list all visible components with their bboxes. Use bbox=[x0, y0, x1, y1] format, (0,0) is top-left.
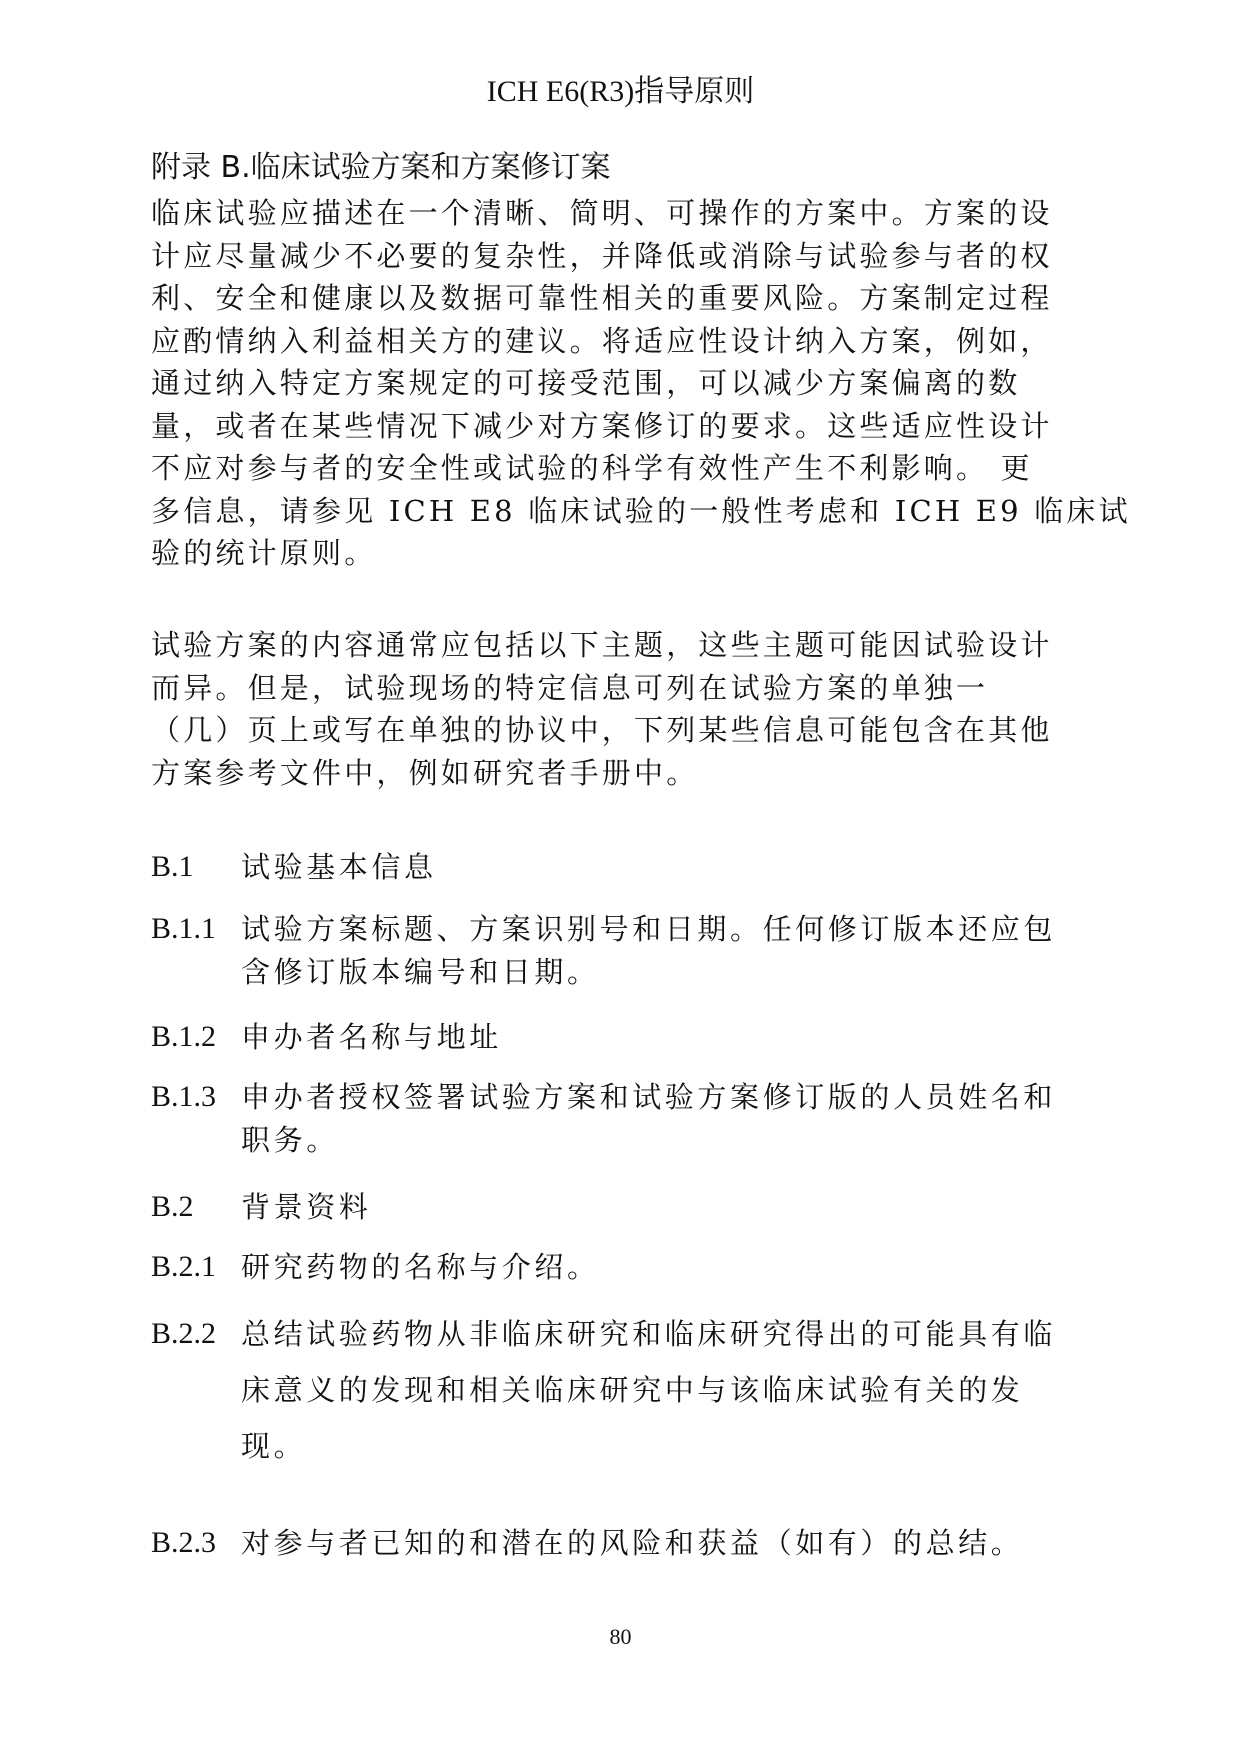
section-number: B.2.1 bbox=[151, 1246, 216, 1289]
section-number: B.1.3 bbox=[151, 1076, 216, 1119]
section-number: B.2.2 bbox=[151, 1306, 216, 1362]
text-line: 应酌情纳入利益相关方的建议。将适应性设计纳入方案，例如， bbox=[151, 320, 1091, 363]
section-number: B.2.3 bbox=[151, 1522, 216, 1565]
text-line: 对参与者已知的和潜在的风险和获益（如有）的总结。 bbox=[241, 1522, 1023, 1565]
section-number: B.1.1 bbox=[151, 908, 216, 951]
page-number: 80 bbox=[0, 1622, 1241, 1652]
text-line: 研究药物的名称与介绍。 bbox=[241, 1246, 600, 1289]
text-line: 验的统计原则。 bbox=[151, 532, 1091, 575]
text-line: 通过纳入特定方案规定的可接受范围，可以减少方案偏离的数 bbox=[151, 362, 1091, 405]
text-line: 试验方案标题、方案识别号和日期。任何修订版本还应包 bbox=[241, 908, 1056, 951]
text-line: 试验方案的内容通常应包括以下主题，这些主题可能因试验设计 bbox=[151, 624, 1091, 667]
section-heading: 试验基本信息 bbox=[241, 846, 437, 889]
text-line: 计应尽量减少不必要的复杂性，并降低或消除与试验参与者的权 bbox=[151, 235, 1091, 278]
text-line: 总结试验药物从非临床研究和临床研究得出的可能具有临 bbox=[241, 1306, 1056, 1362]
document-page: ICH E6(R3)指导原则 附录 B.临床试验方案和方案修订案 临床试验应描述… bbox=[0, 0, 1241, 1755]
section-number: B.1.2 bbox=[151, 1016, 216, 1059]
text-line: 利、安全和健康以及数据可靠性相关的重要风险。方案制定过程 bbox=[151, 277, 1091, 320]
text-line: （几）页上或写在单独的协议中，下列某些信息可能包含在其他 bbox=[151, 709, 1091, 752]
running-header: ICH E6(R3)指导原则 bbox=[0, 72, 1241, 112]
text-line: 临床试验应描述在一个清晰、简明、可操作的方案中。方案的设 bbox=[151, 192, 1091, 235]
section-heading: 背景资料 bbox=[241, 1186, 371, 1229]
intro-paragraph: 临床试验应描述在一个清晰、简明、可操作的方案中。方案的设 计应尽量减少不必要的复… bbox=[151, 192, 1091, 575]
section-number: B.1 bbox=[151, 846, 194, 889]
appendix-title: 附录 B.临床试验方案和方案修订案 bbox=[151, 148, 611, 188]
text-line: 不应对参与者的安全性或试验的科学有效性产生不利影响。 更 bbox=[151, 447, 1091, 490]
text-line: 申办者名称与地址 bbox=[241, 1016, 502, 1059]
text-line: 含修订版本编号和日期。 bbox=[241, 951, 1056, 994]
text-line: 量，或者在某些情况下减少对方案修订的要求。这些适应性设计 bbox=[151, 405, 1091, 448]
contents-paragraph: 试验方案的内容通常应包括以下主题，这些主题可能因试验设计 而异。但是，试验现场的… bbox=[151, 624, 1091, 794]
text-line: 申办者授权签署试验方案和试验方案修订版的人员姓名和 bbox=[241, 1076, 1056, 1119]
text-line: 现。 bbox=[241, 1418, 1056, 1474]
section-number: B.2 bbox=[151, 1186, 194, 1229]
text-line: 职务。 bbox=[241, 1119, 1056, 1162]
text-line: 多信息，请参见 ICH E8 临床试验的一般性考虑和 ICH E9 临床试 bbox=[151, 490, 1091, 533]
text-line: 而异。但是，试验现场的特定信息可列在试验方案的单独一 bbox=[151, 667, 1091, 710]
text-line: 方案参考文件中，例如研究者手册中。 bbox=[151, 752, 1091, 795]
text-line: 床意义的发现和相关临床研究中与该临床试验有关的发 bbox=[241, 1362, 1056, 1418]
